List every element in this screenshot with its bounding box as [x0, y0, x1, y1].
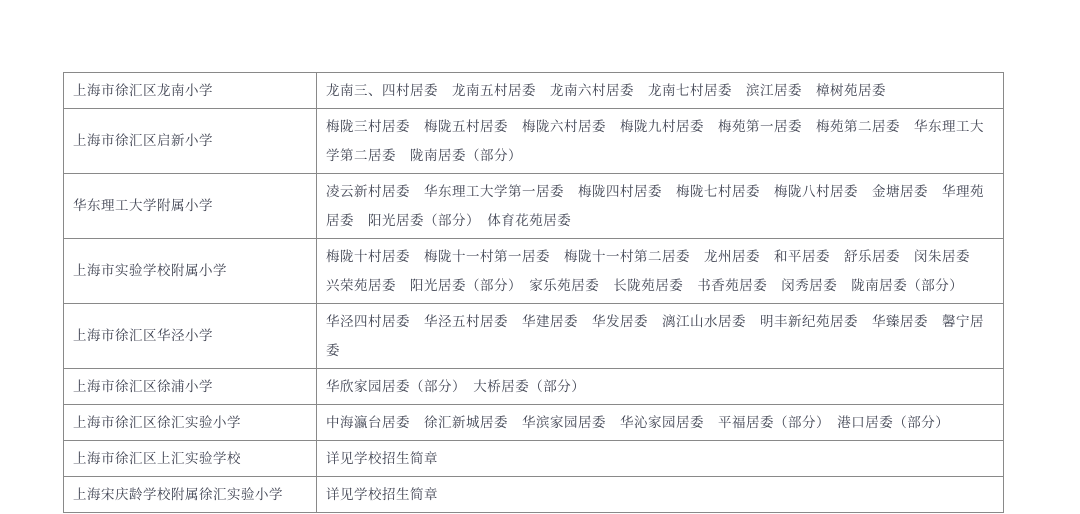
document-page: 上海市徐汇区龙南小学 龙南三、四村居委 龙南五村居委 龙南六村居委 龙南七村居委… — [0, 0, 1080, 514]
school-district-table: 上海市徐汇区龙南小学 龙南三、四村居委 龙南五村居委 龙南六村居委 龙南七村居委… — [63, 72, 1004, 513]
table-row: 上海市徐汇区龙南小学 龙南三、四村居委 龙南五村居委 龙南六村居委 龙南七村居委… — [64, 73, 1004, 109]
committees-cell: 华泾四村居委 华泾五村居委 华建居委 华发居委 漓江山水居委 明丰新纪苑居委 华… — [317, 304, 1004, 369]
committees-cell: 凌云新村居委 华东理工大学第一居委 梅陇四村居委 梅陇七村居委 梅陇八村居委 金… — [317, 174, 1004, 239]
table-row: 华东理工大学附属小学 凌云新村居委 华东理工大学第一居委 梅陇四村居委 梅陇七村… — [64, 174, 1004, 239]
school-name-cell: 上海市徐汇区徐汇实验小学 — [64, 405, 317, 441]
committees-cell: 华欣家园居委（部分） 大桥居委（部分） — [317, 369, 1004, 405]
school-name-cell: 上海市徐汇区启新小学 — [64, 109, 317, 174]
school-name-cell: 上海市徐汇区华泾小学 — [64, 304, 317, 369]
table-row: 上海市徐汇区华泾小学 华泾四村居委 华泾五村居委 华建居委 华发居委 漓江山水居… — [64, 304, 1004, 369]
table-row: 上海市实验学校附属小学 梅陇十村居委 梅陇十一村第一居委 梅陇十一村第二居委 龙… — [64, 239, 1004, 304]
school-name-cell: 上海市徐汇区上汇实验学校 — [64, 441, 317, 477]
committees-cell: 龙南三、四村居委 龙南五村居委 龙南六村居委 龙南七村居委 滨江居委 樟树苑居委 — [317, 73, 1004, 109]
school-name-cell: 上海市徐汇区龙南小学 — [64, 73, 317, 109]
committees-cell: 中海瀛台居委 徐汇新城居委 华滨家园居委 华沁家园居委 平福居委（部分） 港口居… — [317, 405, 1004, 441]
table-row: 上海市徐汇区徐浦小学 华欣家园居委（部分） 大桥居委（部分） — [64, 369, 1004, 405]
school-name-cell: 华东理工大学附属小学 — [64, 174, 317, 239]
school-name-cell: 上海市徐汇区徐浦小学 — [64, 369, 317, 405]
table-row: 上海市徐汇区启新小学 梅陇三村居委 梅陇五村居委 梅陇六村居委 梅陇九村居委 梅… — [64, 109, 1004, 174]
committees-cell: 详见学校招生简章 — [317, 441, 1004, 477]
table-row: 上海市徐汇区徐汇实验小学 中海瀛台居委 徐汇新城居委 华滨家园居委 华沁家园居委… — [64, 405, 1004, 441]
committees-cell: 梅陇十村居委 梅陇十一村第一居委 梅陇十一村第二居委 龙州居委 和平居委 舒乐居… — [317, 239, 1004, 304]
committees-cell: 详见学校招生简章 — [317, 477, 1004, 513]
table-row: 上海宋庆龄学校附属徐汇实验小学 详见学校招生简章 — [64, 477, 1004, 513]
table-row: 上海市徐汇区上汇实验学校 详见学校招生简章 — [64, 441, 1004, 477]
school-name-cell: 上海宋庆龄学校附属徐汇实验小学 — [64, 477, 317, 513]
school-name-cell: 上海市实验学校附属小学 — [64, 239, 317, 304]
committees-cell: 梅陇三村居委 梅陇五村居委 梅陇六村居委 梅陇九村居委 梅苑第一居委 梅苑第二居… — [317, 109, 1004, 174]
